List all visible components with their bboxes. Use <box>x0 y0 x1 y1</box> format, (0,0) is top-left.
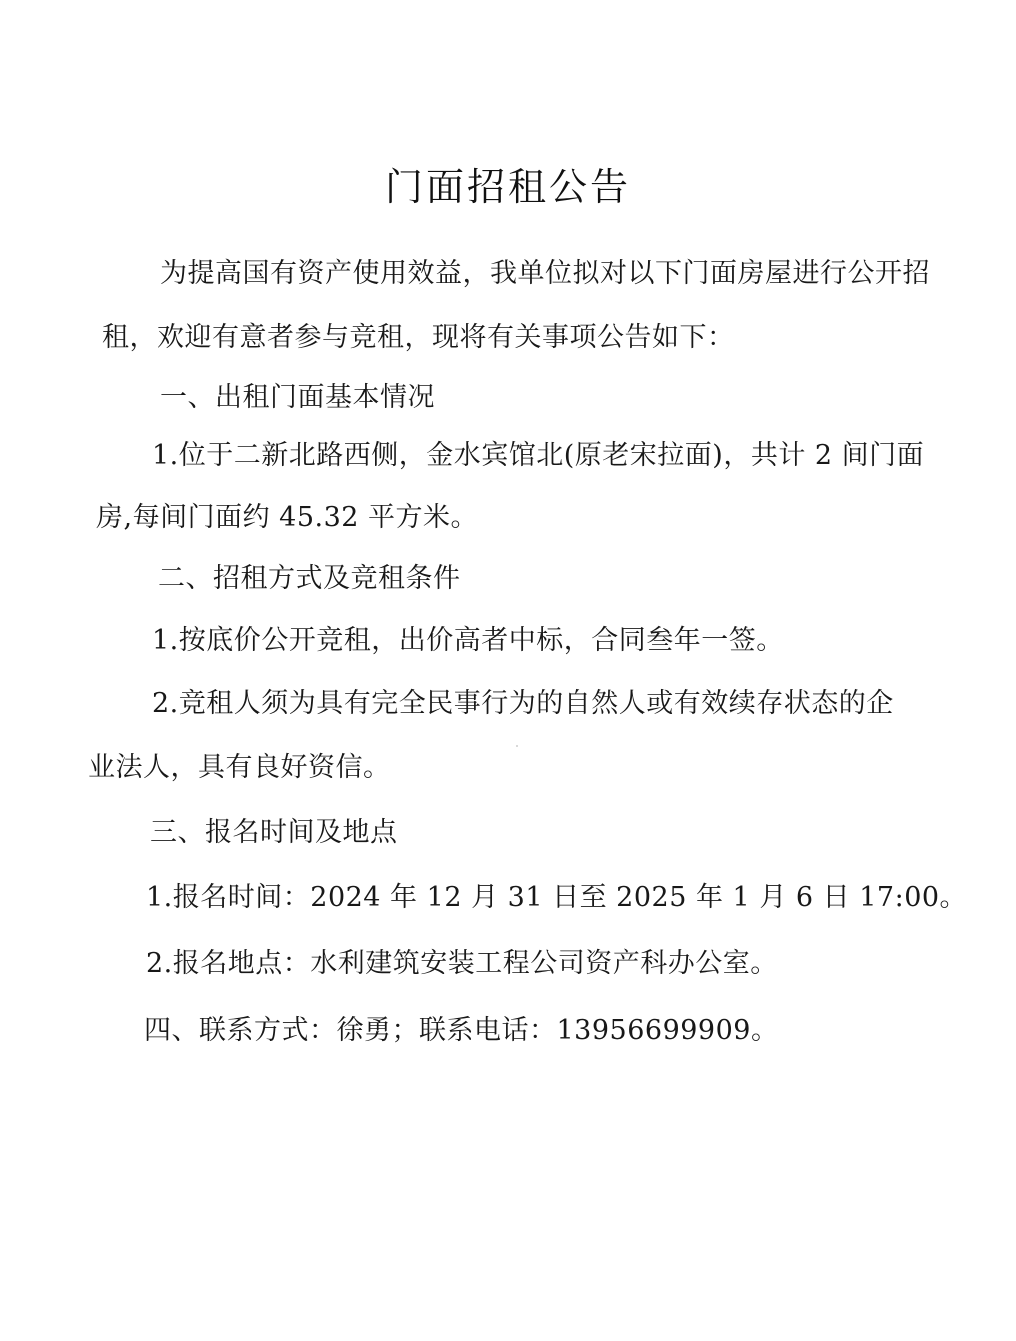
intro-paragraph-line-1: 为提高国有资产使用效益，我单位拟对以下门面房屋进行公开招 <box>160 256 930 292</box>
document-page: 门面招租公告 为提高国有资产使用效益，我单位拟对以下门面房屋进行公开招 租，欢迎… <box>0 0 1016 1341</box>
scan-speck <box>516 745 518 747</box>
section-3-item-2-line-1: 2.报名地点：水利建筑安装工程公司资产科办公室。 <box>146 946 778 982</box>
section-heading-2: 二、招租方式及竞租条件 <box>158 561 461 597</box>
section-2-item-2-line-2: 业法人，具有良好资信。 <box>88 750 391 786</box>
section-2-item-1-line-1: 1.按底价公开竞租，出价高者中标，合同叁年一签。 <box>152 623 784 659</box>
section-heading-4-contact: 四、联系方式：徐勇；联系电话：13956699909。 <box>144 1013 778 1049</box>
intro-paragraph-line-2: 租，欢迎有意者参与竞租，现将有关事项公告如下： <box>102 320 735 356</box>
section-1-item-1-line-1: 1.位于二新北路西侧，金水宾馆北(原老宋拉面)，共计 2 间门面 <box>152 438 924 474</box>
document-title: 门面招租公告 <box>0 162 1016 212</box>
section-heading-3: 三、报名时间及地点 <box>150 815 398 851</box>
section-1-item-1-line-2: 房,每间门面约 45.32 平方米。 <box>96 500 478 536</box>
section-2-item-2-line-1: 2.竞租人须为具有完全民事行为的自然人或有效续存状态的企 <box>152 686 894 722</box>
section-3-item-1-line-1: 1.报名时间：2024 年 12 月 31 日至 2025 年 1 月 6 日 … <box>146 880 967 916</box>
section-heading-1: 一、出租门面基本情况 <box>160 380 435 416</box>
